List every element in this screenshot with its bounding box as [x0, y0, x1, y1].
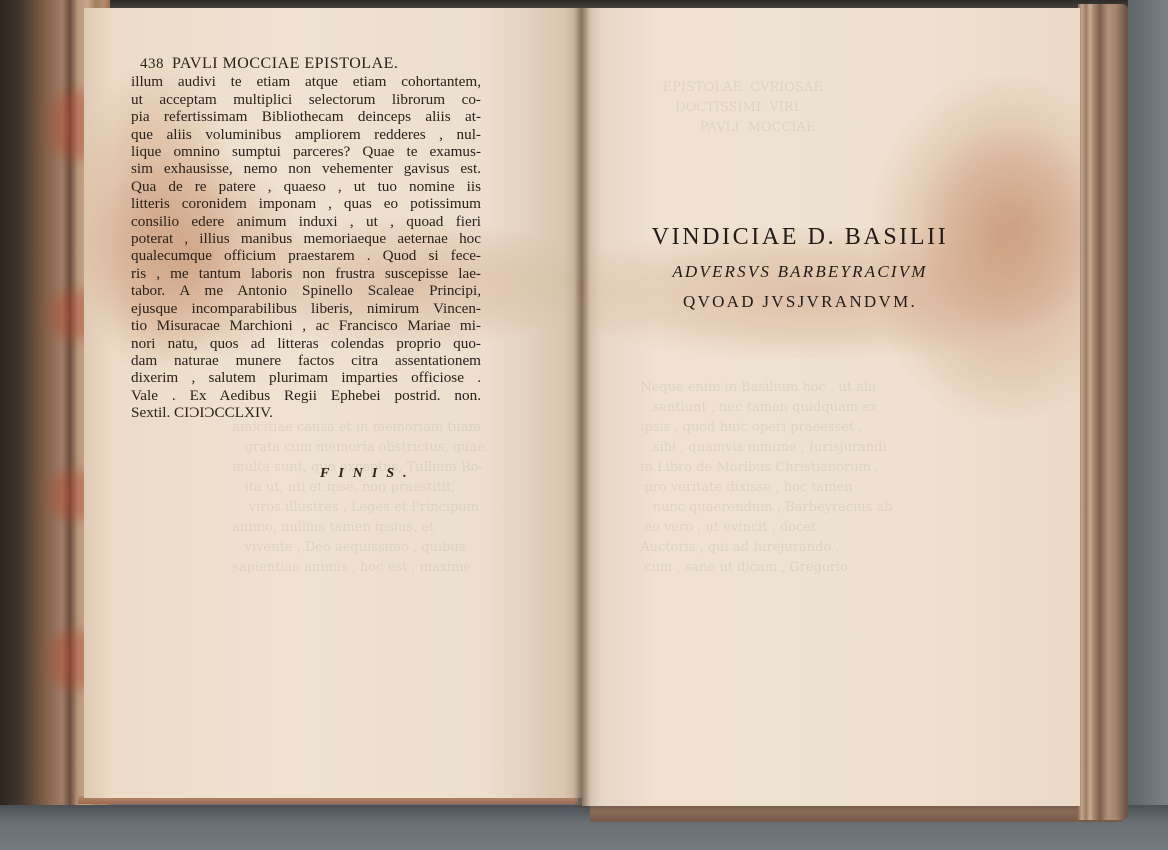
book-gutter — [574, 8, 590, 808]
text-line: ut acceptam multiplici selectorum libror… — [131, 91, 481, 108]
text-line: ris , me tantum laboris non frustra susc… — [131, 265, 481, 282]
text-line: Qua de re patere , quaeso , ut tuo nomin… — [131, 178, 481, 195]
text-line: ejusque incomparabilibus liberis, nimiru… — [131, 300, 481, 317]
right-page: EPISTOLAE CVRIOSAE DOCTISSIMI VIRI PAVLI… — [582, 8, 1080, 806]
text-line: dixerim , salutem plurimam imparties off… — [131, 369, 481, 386]
bleed-through-text: amicitiae causa et in memoriam tuam grat… — [224, 418, 485, 578]
book-spread-photo: amicitiae causa et in memoriam tuam grat… — [0, 0, 1168, 850]
text-line: consilio edere animum induxi , ut , quoa… — [131, 213, 481, 230]
left-page-text-block: 438 PAVLI MOCCIAE EPISTOLAE. illum audiv… — [131, 55, 481, 422]
text-line: illum audivi te etiam atque etiam cohort… — [131, 73, 481, 90]
text-line: tabor. A me Antonio Spinello Scaleae Pri… — [131, 282, 481, 299]
right-page-title-block: VINDICIAE D. BASILII ADVERSVS BARBEYRACI… — [600, 222, 1000, 314]
text-line: nori natu, quos ad litteras colendas pro… — [131, 335, 481, 352]
background-right — [1128, 0, 1168, 850]
finis-mark: FINIS. — [320, 466, 416, 482]
text-line: Vale . Ex Aedibus Regii Ephebei postrid.… — [131, 387, 481, 404]
text-line: lique omnino sumptui parceres? Quae te e… — [131, 143, 481, 160]
text-line: dam naturae munere factos citra assentat… — [131, 352, 481, 369]
section-subtitle: ADVERSVS BARBEYRACIVM — [600, 260, 1000, 284]
section-subtitle-2: QVOAD JVSJVRANDVM. — [600, 290, 1000, 314]
section-title: VINDICIAE D. BASILII — [600, 222, 1000, 252]
text-line: litteris coronidem imponam , quas eo pot… — [131, 195, 481, 212]
page-number: 438 — [140, 56, 164, 73]
text-line: tio Misuracae Marchioni , ac Francisco M… — [131, 317, 481, 334]
text-line-date: Sextil. CIƆIƆCCLXIV. — [131, 404, 481, 421]
text-line: pia refertissimam Bibliothecam deinceps … — [131, 108, 481, 125]
text-line: sim exhausisse, nemo non vehementer gavi… — [131, 160, 481, 177]
running-head-title: PAVLI MOCCIAE EPISTOLAE. — [172, 55, 398, 72]
running-head: 438 PAVLI MOCCIAE EPISTOLAE. — [140, 55, 481, 73]
right-page-edges — [1078, 4, 1128, 820]
text-line: poterat , illius manibus memoriaeque aet… — [131, 230, 481, 247]
text-line: que aliis voluminibus ampliorem redderes… — [131, 126, 481, 143]
bleed-through-text: Neque enim in Basilium hoc , ut alii sen… — [632, 378, 893, 578]
text-line: qualecumque officium praestarem . Quod s… — [131, 247, 481, 264]
bleed-through-text: EPISTOLAE CVRIOSAE DOCTISSIMI VIRI PAVLI… — [642, 78, 823, 138]
